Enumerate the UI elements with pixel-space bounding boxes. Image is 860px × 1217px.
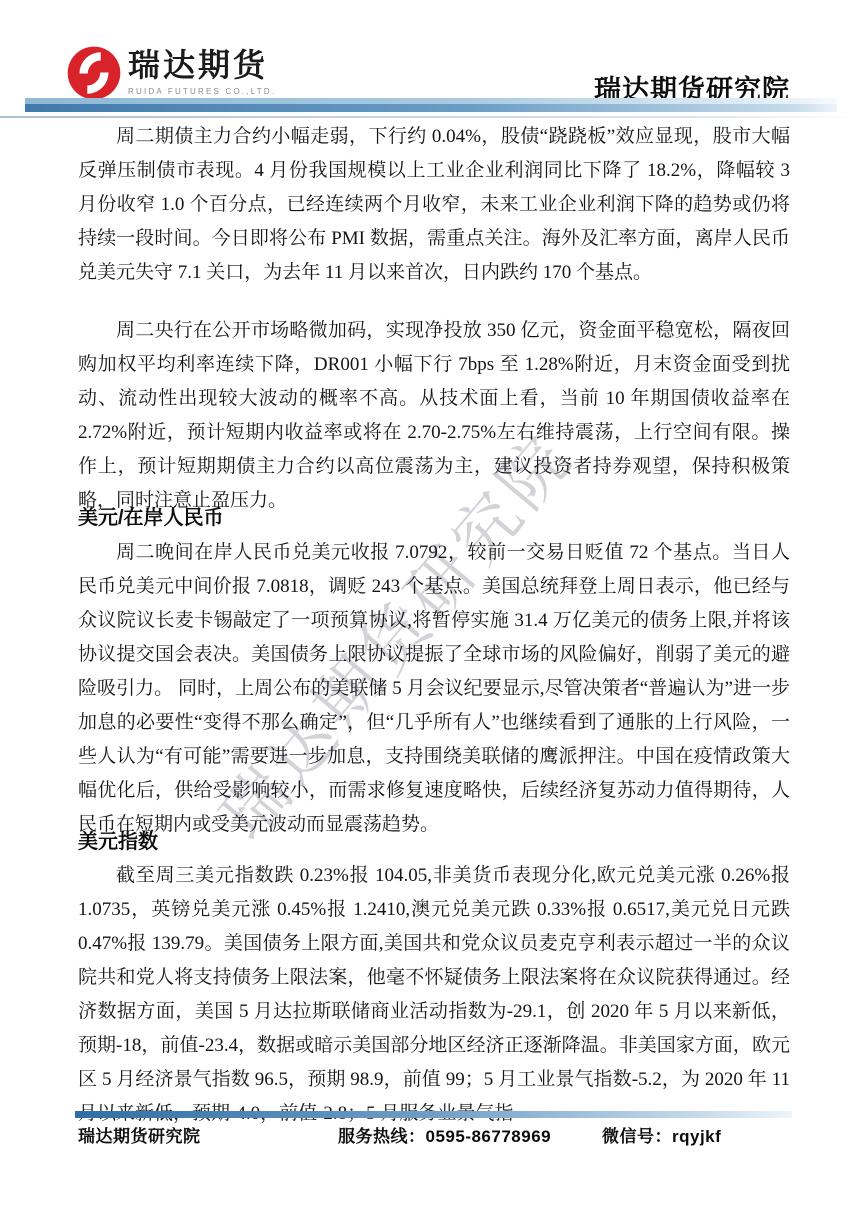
report-page: 瑞达期货 RUIDA FUTURES CO.,LTD. 瑞达期货研究院 瑞达期货… bbox=[0, 0, 860, 1217]
paragraph-usd-cny: 周二晚间在岸人民币兑美元收报 7.0792，较前一交易日贬值 72 个基点。当日… bbox=[78, 536, 790, 842]
footer-divider-bar bbox=[75, 1111, 792, 1118]
footer-wechat-id: rqyjkf bbox=[672, 1127, 721, 1146]
header-divider-shadow bbox=[0, 116, 860, 118]
header-divider-dark-strip bbox=[25, 104, 837, 112]
footer-wechat: 微信号：rqyjkf bbox=[602, 1122, 721, 1147]
company-logo: 瑞达期货 RUIDA FUTURES CO.,LTD. bbox=[66, 45, 276, 101]
brand-name: 瑞达期货 bbox=[128, 45, 276, 85]
logo-text-block: 瑞达期货 RUIDA FUTURES CO.,LTD. bbox=[128, 45, 276, 96]
section-heading-usd-cny: 美元/在岸人民币 bbox=[78, 506, 790, 530]
footer-hotline: 服务热线：0595-86778969 bbox=[338, 1122, 551, 1147]
footer-hotline-label: 服务热线： bbox=[338, 1127, 426, 1146]
header-divider-bar bbox=[25, 98, 837, 112]
footer-hotline-number: 0595-86778969 bbox=[426, 1127, 552, 1146]
paragraph-bond-market: 周二期债主力合约小幅走弱，下行约 0.04%，股债“跷跷板”效应显现，股市大幅反… bbox=[78, 120, 790, 290]
paragraph-usd-index: 截至周三美元指数跌 0.23%报 104.05,非美货币表现分化,欧元兑美元涨 … bbox=[78, 859, 790, 1131]
section-heading-usd-index: 美元指数 bbox=[78, 830, 790, 854]
footer-org-name: 瑞达期货研究院 bbox=[78, 1122, 201, 1147]
paragraph-open-market-ops: 周二央行在公开市场略微加码，实现净投放 350 亿元，资金面平稳宽松，隔夜回购加… bbox=[78, 314, 790, 518]
brand-subtitle: RUIDA FUTURES CO.,LTD. bbox=[128, 87, 276, 96]
footer-wechat-label: 微信号： bbox=[602, 1127, 672, 1146]
ruida-logo-icon bbox=[66, 45, 122, 101]
